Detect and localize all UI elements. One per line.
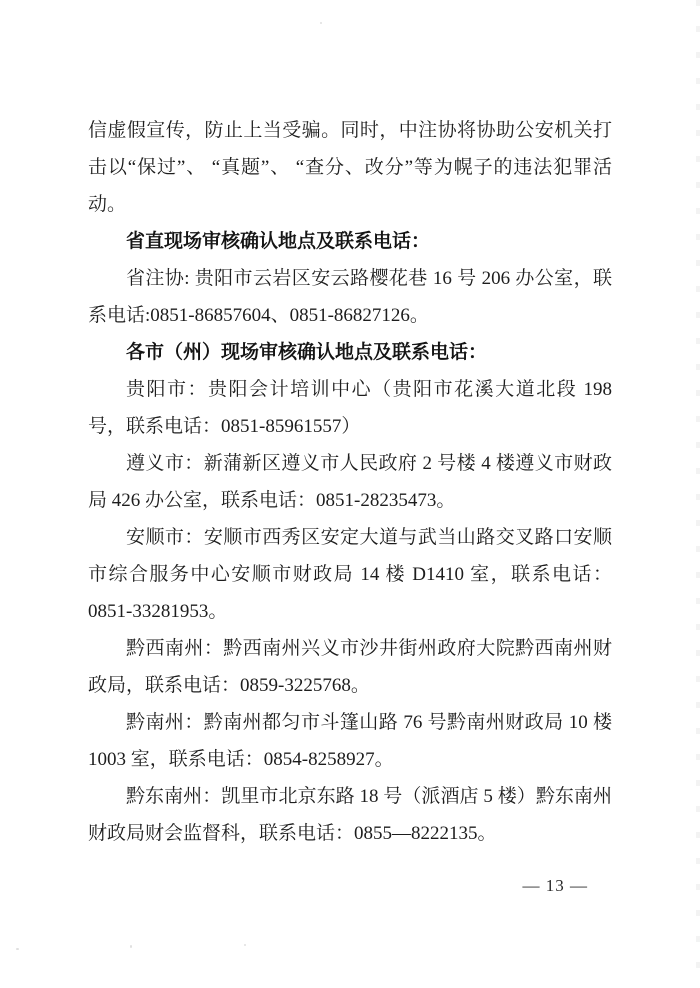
paragraph-anshun-address: 安顺市：安顺市西秀区安定大道与武当山路交叉路口安顺市综合服务中心安顺市财政局 1… xyxy=(88,519,612,630)
paragraph-provincial-institute-address: 省注协: 贵阳市云岩区安云路樱花巷 16 号 206 办公室，联系电话:0851… xyxy=(88,260,612,334)
paragraph-qianxinan-address: 黔西南州：黔西南州兴义市沙井街州政府大院黔西南州财政局，联系电话：0859-32… xyxy=(88,630,612,704)
document-text-block: 信虚假宣传，防止上当受骗。同时，中注协将协助公安机关打击以“保过”、 “真题”、… xyxy=(88,112,612,852)
document-page: 信虚假宣传，防止上当受骗。同时，中注协将协助公安机关打击以“保过”、 “真题”、… xyxy=(0,0,700,988)
paragraph-qiandongnan-address: 黔东南州：凯里市北京东路 18 号（派酒店 5 楼）黔东南州财政局财会监督科，联… xyxy=(88,778,612,852)
scan-speck xyxy=(16,948,19,950)
heading-city-prefecture-onsite-review-locations: 各市（州）现场审核确认地点及联系电话： xyxy=(88,334,612,371)
paragraph-guiyang-address: 贵阳市：贵阳会计培训中心（贵阳市花溪大道北段 198 号，联系电话：0851-8… xyxy=(88,371,612,445)
scan-speck xyxy=(130,945,132,948)
paragraph-qiannan-address: 黔南州：黔南州都匀市斗篷山路 76 号黔南州财政局 10 楼 1003 室，联系… xyxy=(88,704,612,778)
scan-edge-artifact xyxy=(696,0,700,988)
scan-speck xyxy=(320,22,322,24)
heading-provincial-onsite-review-locations: 省直现场审核确认地点及联系电话： xyxy=(88,223,612,260)
scan-speck xyxy=(244,944,246,946)
paragraph-zunyi-address: 遵义市：新蒲新区遵义市人民政府 2 号楼 4 楼遵义市财政局 426 办公室，联… xyxy=(88,445,612,519)
page-number: — 13 — xyxy=(523,872,589,900)
paragraph-anti-fraud-warning: 信虚假宣传，防止上当受骗。同时，中注协将协助公安机关打击以“保过”、 “真题”、… xyxy=(88,112,612,223)
